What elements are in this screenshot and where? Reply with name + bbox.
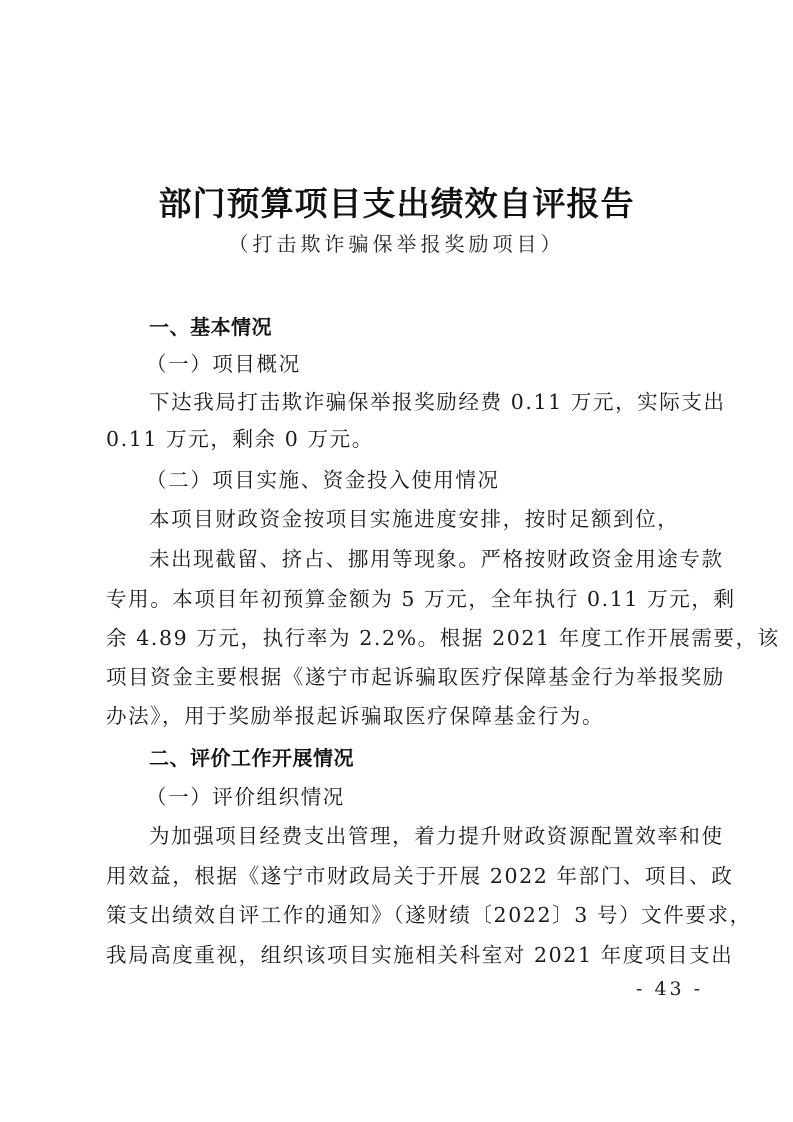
page-number: - 43 - [636, 978, 703, 1000]
section-heading-evaluation: 二、评价工作开展情况 [149, 744, 739, 772]
paragraph-line: 专用。本项目年初预算金额为 5 万元，全年执行 0.11 万元，剩 [106, 585, 696, 613]
paragraph-line: 策支出绩效自评工作的通知》（遂财绩〔2022〕3 号）文件要求， [106, 901, 696, 929]
paragraph-line: 用效益，根据《遂宁市财政局关于开展 2022 年部门、项目、政 [106, 862, 696, 890]
paragraph-line: 0.11 万元，剩余 0 万元。 [106, 425, 696, 453]
subsection-heading-implementation: （二）项目实施、资金投入使用情况 [146, 466, 736, 494]
paragraph-line: 我局高度重视，组织该项目实施相关科室对 2021 年度项目支出 [106, 941, 696, 969]
paragraph-line: 为加强项目经费支出管理，着力提升财政资源配置效率和使 [149, 822, 697, 850]
subsection-heading-evaluation-organization: （一）评价组织情况 [146, 783, 736, 811]
paragraph-line: 余 4.89 万元，执行率为 2.2%。根据 2021 年度工作开展需要，该 [106, 624, 696, 652]
paragraph-line: 下达我局打击欺诈骗保举报奖励经费 0.11 万元，实际支出 [149, 388, 697, 416]
document-subtitle: （打击欺诈骗保举报奖励项目） [0, 229, 793, 259]
subsection-heading-project-overview: （一）项目概况 [146, 350, 736, 378]
paragraph-line: 本项目财政资金按项目实施进度安排，按时足额到位， [149, 505, 697, 533]
paragraph-line: 未出现截留、挤占、挪用等现象。严格按财政资金用途专款 [149, 545, 697, 573]
paragraph-line: 办法》，用于奖励举报起诉骗取医疗保障基金行为。 [106, 702, 696, 730]
document-title: 部门预算项目支出绩效自评报告 [0, 182, 793, 226]
section-heading-basic-info: 一、基本情况 [149, 313, 739, 341]
document-page: 部门预算项目支出绩效自评报告 （打击欺诈骗保举报奖励项目） 一、基本情况 （一）… [0, 0, 793, 1122]
paragraph-line: 项目资金主要根据《遂宁市起诉骗取医疗保障基金行为举报奖励 [106, 663, 696, 691]
